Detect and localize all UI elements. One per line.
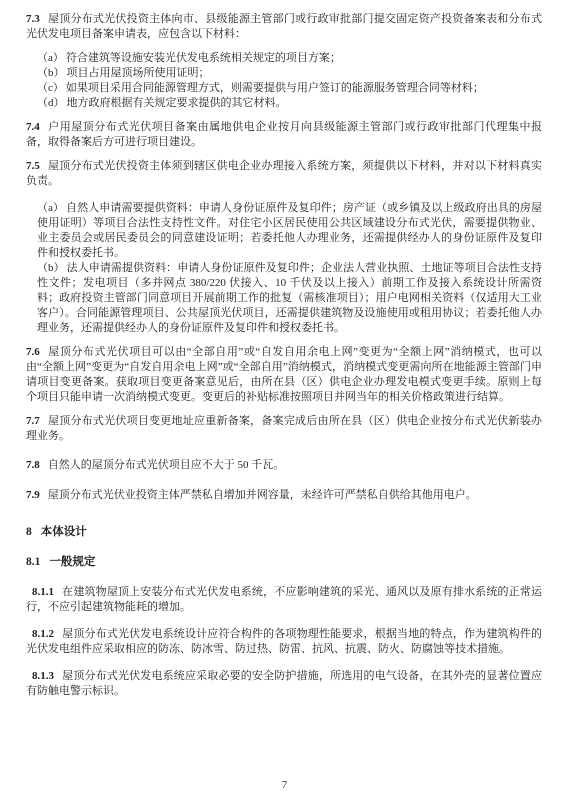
- item-text: 自然人申请需要提供资料：申请人身份证原件及复印件；房产证（或乡镇及以上级政府出具…: [37, 202, 542, 259]
- clause-7-3-item-a: （a）符合建筑等设施安装光伏发电系统相关规定的项目方案；: [26, 51, 542, 66]
- item-text: 如果项目采用合同能源管理方式，则需要提供与用户签订的能源服务管理合同等材料；: [66, 82, 484, 94]
- item-label: （b）: [37, 67, 65, 79]
- clause-text: 屋顶分布式光伏业投资主体严禁私自增加并网容量，未经许可严禁私自供给其他用电户。: [48, 489, 477, 501]
- item-text: 地方政府根据有关规定要求提供的其它材料。: [67, 97, 287, 109]
- clause-7-3-item-c: （c）如果项目采用合同能源管理方式，则需要提供与用户签订的能源服务管理合同等材料…: [26, 81, 542, 96]
- clause-7-3: 7.3屋顶分布式光伏投资主体向市、县级能源主管部门或行政审批部门提交固定资产投资…: [26, 12, 542, 42]
- clause-text: 屋顶分布式光伏项目变更地址应重新备案，备案完成后由所在县（区）供电企业按分布式光…: [26, 415, 542, 442]
- section-number: 8: [26, 526, 32, 538]
- clause-8-1-1: 8.1.1在建筑物屋顶上安装分布式光伏发电系统，不应影响建筑的采光、通风以及原有…: [26, 585, 542, 615]
- clause-number: 7.5: [26, 160, 40, 172]
- section-title: 本体设计: [41, 526, 87, 538]
- clause-number: 8.1.3: [32, 670, 54, 682]
- clause-8-1-2: 8.1.2屋顶分布式光伏发电系统设计应符合构件的各项物理性能要求，根据当地的特点…: [26, 627, 542, 657]
- item-text: 法人申请需提供资料：申请人身份证原件及复印件；企业法人营业执照、土地证等项目合法…: [37, 262, 542, 334]
- item-text: 项目占用屋顶场所使用证明；: [67, 67, 210, 79]
- item-label: （d）: [37, 97, 65, 109]
- section-8-1-heading: 8.1一般规定: [26, 555, 542, 570]
- clause-text: 自然人的屋顶分布式光伏项目应不大于 50 千瓦。: [48, 459, 285, 471]
- clause-number: 7.4: [26, 121, 40, 133]
- item-label: （a）: [37, 202, 64, 214]
- clause-7-3-item-d: （d）地方政府根据有关规定要求提供的其它材料。: [26, 96, 542, 111]
- clause-number: 7.6: [26, 346, 40, 358]
- clause-8-1-3: 8.1.3屋顶分布式光伏发电系统应采取必要的安全防护措施，所选用的电气设备，在其…: [26, 669, 542, 699]
- clause-number: 7.7: [26, 415, 40, 427]
- item-label: （c）: [37, 82, 64, 94]
- clause-7-9: 7.9屋顶分布式光伏业投资主体严禁私自增加并网容量，未经许可严禁私自供给其他用电…: [26, 488, 542, 503]
- clause-7-8: 7.8自然人的屋顶分布式光伏项目应不大于 50 千瓦。: [26, 458, 542, 473]
- clause-text: 在建筑物屋顶上安装分布式光伏发电系统，不应影响建筑的采光、通风以及原有排水系统的…: [26, 586, 542, 613]
- clause-text: 屋顶分布式光伏投资主体向市、县级能源主管部门或行政审批部门提交固定资产投资备案表…: [26, 13, 542, 40]
- item-label: （b）: [37, 262, 65, 274]
- clause-text: 屋顶分布式光伏项目可以由“全部自用”或“自发自用余电上网”变更为“全额上网”消纳…: [26, 346, 542, 403]
- clause-text: 户用屋顶分布式光伏项目备案由属地供电企业按月向县级能源主管部门或行政审批部门代理…: [26, 121, 542, 148]
- clause-number: 7.9: [26, 489, 40, 501]
- section-8-heading: 8本体设计: [26, 525, 542, 540]
- clause-7-6: 7.6屋顶分布式光伏项目可以由“全部自用”或“自发自用余电上网”变更为“全额上网…: [26, 345, 542, 405]
- page-number: 7: [0, 778, 569, 793]
- clause-text: 屋顶分布式光伏投资主体须到辖区供电企业办理接入系统方案，须提供以下材料，并对以下…: [26, 160, 542, 187]
- clause-text: 屋顶分布式光伏发电系统设计应符合构件的各项物理性能要求，根据当地的特点，作为建筑…: [26, 628, 542, 655]
- item-label: （a）: [37, 52, 64, 64]
- clause-7-3-item-b: （b）项目占用屋顶场所使用证明；: [26, 66, 542, 81]
- subsection-number: 8.1: [26, 556, 40, 568]
- clause-7-5-item-b: （b）法人申请需提供资料：申请人身份证原件及复印件；企业法人营业执照、土地证等项…: [26, 261, 542, 336]
- document-page: 7.3屋顶分布式光伏投资主体向市、县级能源主管部门或行政审批部门提交固定资产投资…: [0, 0, 569, 804]
- clause-text: 屋顶分布式光伏发电系统应采取必要的安全防护措施，所选用的电气设备，在其外壳的显著…: [26, 670, 542, 697]
- clause-number: 8.1.2: [32, 628, 54, 640]
- clause-number: 7.3: [26, 13, 40, 25]
- clause-7-7: 7.7屋顶分布式光伏项目变更地址应重新备案，备案完成后由所在县（区）供电企业按分…: [26, 414, 542, 444]
- subsection-title: 一般规定: [49, 556, 95, 568]
- clause-7-4: 7.4户用屋顶分布式光伏项目备案由属地供电企业按月向县级能源主管部门或行政审批部…: [26, 120, 542, 150]
- clause-7-5-item-a: （a）自然人申请需要提供资料：申请人身份证原件及复印件；房产证（或乡镇及以上级政…: [26, 201, 542, 261]
- clause-number: 8.1.1: [32, 586, 54, 598]
- clause-7-5: 7.5屋顶分布式光伏投资主体须到辖区供电企业办理接入系统方案，须提供以下材料，并…: [26, 159, 542, 189]
- clause-number: 7.8: [26, 459, 40, 471]
- item-text: 符合建筑等设施安装光伏发电系统相关规定的项目方案；: [66, 52, 341, 64]
